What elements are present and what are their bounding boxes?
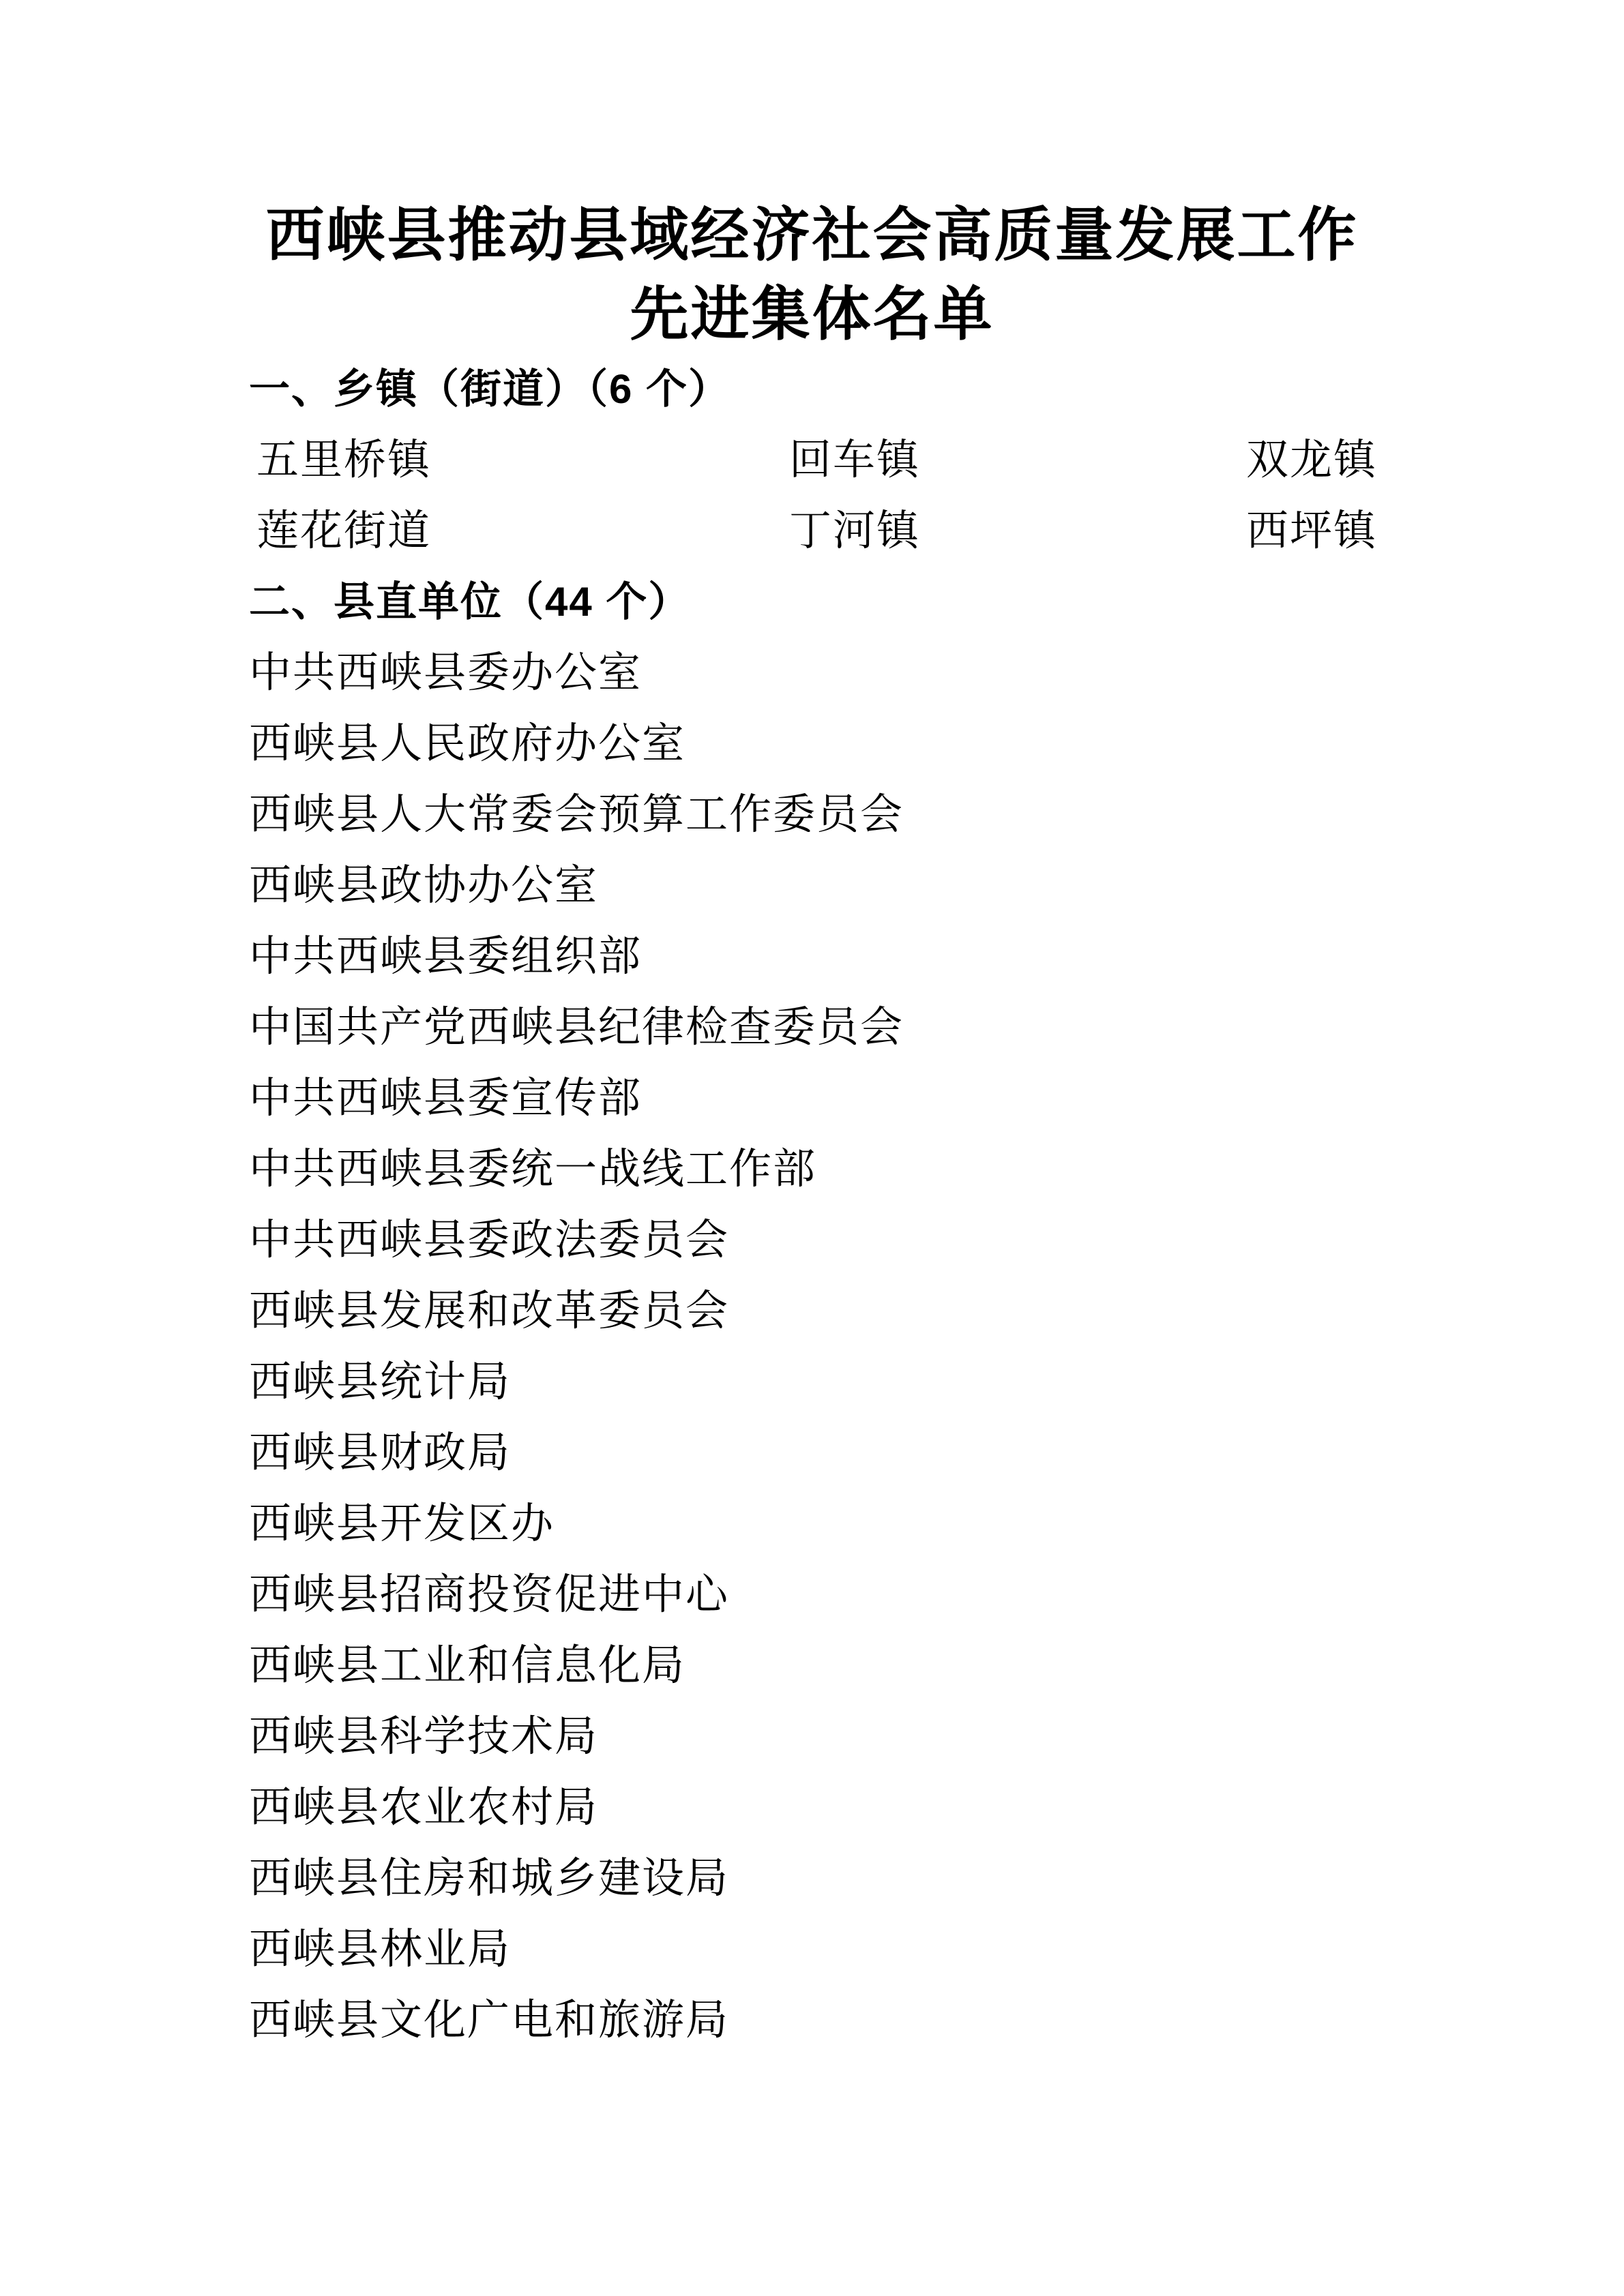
list-item: 西峡县林业局 xyxy=(249,1914,1375,1985)
title-line-2: 先进集体名单 xyxy=(249,275,1375,354)
list-item: 中共西峡县委统一战线工作部 xyxy=(249,1134,1375,1205)
township-name: 丁河镇 xyxy=(789,496,1246,567)
page-title: 西峡县推动县域经济社会高质量发展工作 先进集体名单 xyxy=(249,196,1375,354)
list-item: 中共西峡县委组织部 xyxy=(249,921,1375,992)
list-item: 西峡县住房和城乡建设局 xyxy=(249,1843,1375,1914)
township-name: 莲花街道 xyxy=(256,496,789,567)
list-item: 中共西峡县委宣传部 xyxy=(249,1063,1375,1134)
list-item: 西峡县农业农村局 xyxy=(249,1772,1375,1843)
list-item: 西峡县统计局 xyxy=(249,1347,1375,1418)
section-heading-townships: 一、乡镇（街道）（6 个） xyxy=(249,354,1375,425)
township-name: 五里桥镇 xyxy=(256,425,789,496)
list-item: 中共西峡县委办公室 xyxy=(249,638,1375,709)
list-item: 西峡县文化广电和旅游局 xyxy=(249,1985,1375,2056)
township-name: 回车镇 xyxy=(789,425,1246,496)
list-item: 西峡县政协办公室 xyxy=(249,850,1375,921)
list-item: 西峡县工业和信息化局 xyxy=(249,1630,1375,1701)
document-page: 西峡县推动县域经济社会高质量发展工作 先进集体名单 一、乡镇（街道）（6 个） … xyxy=(0,0,1624,2296)
list-item: 西峡县开发区办 xyxy=(249,1489,1375,1560)
list-item: 中国共产党西峡县纪律检查委员会 xyxy=(249,992,1375,1063)
list-item: 西峡县财政局 xyxy=(249,1418,1375,1489)
section-heading-county-units: 二、县直单位（44 个） xyxy=(249,567,1375,638)
township-name: 西坪镇 xyxy=(1246,496,1377,567)
list-item: 西峡县科学技术局 xyxy=(249,1701,1375,1772)
title-line-1: 西峡县推动县域经济社会高质量发展工作 xyxy=(249,196,1375,275)
list-item: 西峡县人大常委会预算工作委员会 xyxy=(249,779,1375,850)
document-content: 西峡县推动县域经济社会高质量发展工作 先进集体名单 一、乡镇（街道）（6 个） … xyxy=(249,196,1375,2056)
list-item: 中共西峡县委政法委员会 xyxy=(249,1205,1375,1276)
county-units-list: 中共西峡县委办公室 西峡县人民政府办公室 西峡县人大常委会预算工作委员会 西峡县… xyxy=(249,638,1375,2056)
list-item: 西峡县发展和改革委员会 xyxy=(249,1276,1375,1347)
list-item: 西峡县招商投资促进中心 xyxy=(249,1560,1375,1630)
township-name: 双龙镇 xyxy=(1246,425,1377,496)
township-grid: 五里桥镇 回车镇 双龙镇 莲花街道 丁河镇 西坪镇 xyxy=(249,425,1375,567)
list-item: 西峡县人民政府办公室 xyxy=(249,709,1375,779)
